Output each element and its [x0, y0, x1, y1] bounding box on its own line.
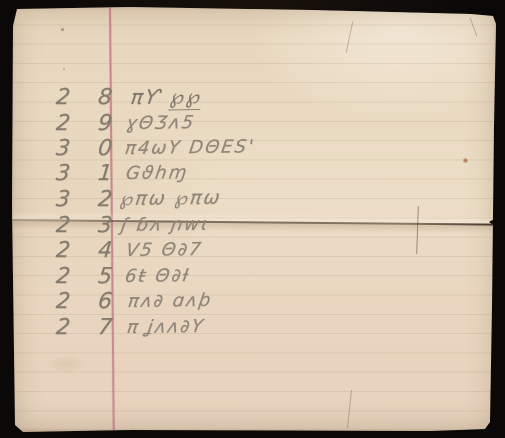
crease-mark-top-right — [470, 17, 478, 36]
entry-number-ones: 6 — [93, 288, 118, 315]
ledger-row: 2 5 6ŧ Θ∂Ɨ — [11, 263, 497, 290]
entry-number-tens: 2 — [48, 212, 79, 239]
entry-number-tens: 2 — [48, 237, 79, 264]
entry-number-ones: 4 — [93, 237, 118, 264]
ledger-row: 2 7 π ʝʌʌ∂Y — [11, 314, 497, 341]
entry-number-tens: 2 — [48, 314, 79, 341]
entry-inscription: 6ŧ Θ∂Ɨ — [123, 262, 192, 290]
inscription-underlined: ℘℘ — [168, 84, 204, 110]
inscription-text: π ʝʌʌ∂Y — [125, 316, 206, 338]
entry-number-ones: 8 — [93, 84, 118, 111]
entry-number-tens: 3 — [48, 135, 79, 162]
inscription-text: ℘πω ℘πω — [118, 187, 223, 210]
inscription-text: π4ωY DΘES' — [123, 136, 256, 159]
entry-inscription: πʌ∂ ɑʌþ — [126, 287, 214, 315]
entry-number-tens: 2 — [48, 110, 79, 137]
entry-number-tens: 2 — [48, 263, 79, 290]
entry-inscription: Gϑhɱ — [124, 159, 190, 187]
ledger-row: 2 6 πʌ∂ ɑʌþ — [11, 288, 497, 315]
entry-inscription: πƳ ℘℘ — [129, 83, 204, 111]
ledger-row: 3 2 ℘πω ℘πω — [11, 186, 497, 213]
entry-inscription: π4ωY DΘES' — [123, 133, 257, 162]
ledger-row: 3 0 π4ωY DΘES' — [11, 135, 497, 162]
ledger-row: 3 1 Gϑhɱ — [11, 160, 497, 187]
inscription-text: πƳ — [129, 84, 172, 109]
inscription-text: V5 Θ∂7 — [124, 239, 204, 261]
entry-number-tens: 2 — [48, 288, 79, 315]
entry-number-ones: 1 — [93, 160, 118, 187]
crease-mark-bottom — [347, 390, 352, 428]
paper-speck — [63, 68, 65, 70]
entry-inscription: ʃ ɓʌ ɲwɩ — [119, 211, 212, 239]
entry-number-tens: 3 — [48, 186, 79, 213]
manuscript-paper: 2 8 πƳ ℘℘ 2 9 ɣΘƷʌ5 3 0 π4ωY DΘES' 3 1 G… — [11, 6, 497, 432]
inscription-text: ʃ ɓʌ ɲwɩ — [119, 214, 211, 236]
entry-number-ones: 0 — [93, 135, 118, 162]
entry-inscription: π ʝʌʌ∂Y — [125, 313, 206, 341]
entry-number-ones: 7 — [93, 314, 118, 341]
crease-mark-top-right — [346, 21, 354, 53]
entry-inscription: ɣΘƷʌ5 — [124, 109, 197, 137]
ledger-row: 2 3 ʃ ɓʌ ɲwɩ — [11, 212, 497, 239]
inscription-text: ɣΘƷʌ5 — [124, 112, 196, 134]
entry-inscription: V5 Θ∂7 — [124, 236, 204, 264]
entry-number-tens: 3 — [48, 160, 79, 187]
paper-speck — [61, 28, 64, 31]
ledger-row: 2 4 V5 Θ∂7 — [11, 237, 497, 264]
entry-number-ones: 2 — [93, 186, 118, 213]
entry-inscription: ℘πω ℘πω — [118, 185, 223, 213]
ledger-row: 2 8 πƳ ℘℘ — [11, 84, 497, 111]
pencil-smudge — [47, 354, 87, 374]
inscription-text: Gϑhɱ — [124, 162, 189, 184]
inscription-text: 6ŧ Θ∂Ɨ — [123, 265, 191, 287]
entry-number-ones: 5 — [93, 263, 118, 290]
inscription-text: πʌ∂ ɑʌþ — [126, 290, 213, 312]
entry-number-tens: 2 — [48, 84, 79, 111]
photo-background: 2 8 πƳ ℘℘ 2 9 ɣΘƷʌ5 3 0 π4ωY DΘES' 3 1 G… — [0, 0, 505, 438]
entry-number-ones: 9 — [93, 110, 118, 137]
entry-number-ones: 3 — [93, 212, 118, 239]
